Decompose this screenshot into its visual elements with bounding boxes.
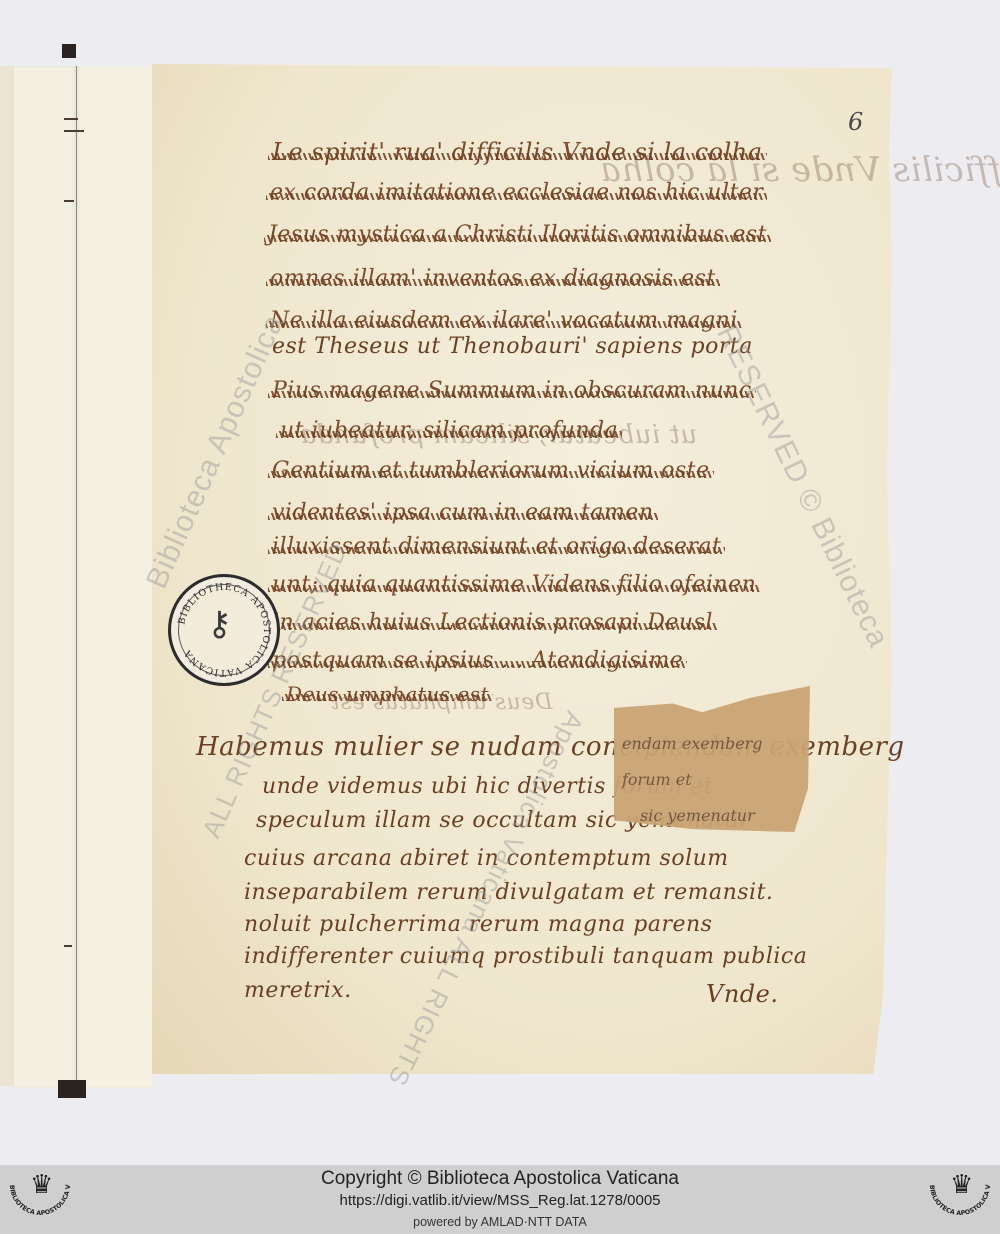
stitch-mark <box>64 200 74 202</box>
manuscript-line: Ne illa eiusdem ex ilare' vocatum magni <box>270 308 738 333</box>
manuscript-line: est Theseus ut Thenobauri' sapiens porta <box>272 334 753 359</box>
papal-keys-icon: ⚷ <box>207 607 232 641</box>
image-viewer[interactable]: 6 Le spirit' rua' difficilis Vnde si la … <box>0 0 1000 1165</box>
source-url[interactable]: https://digi.vatlib.it/view/MSS_Reg.lat.… <box>0 1192 1000 1209</box>
manuscript-line: meretrix. <box>244 978 352 1003</box>
stitch-mark <box>64 130 84 132</box>
manuscript-line: Jesus mystica a Christi Iloritis omnibus… <box>268 222 767 247</box>
manuscript-line: Le spirit' rua' difficilis Vnde si la co… <box>272 138 763 166</box>
folio-number: 6 <box>848 108 863 136</box>
manuscript-line: Vnde. <box>706 980 778 1008</box>
folded-guard-leaf <box>14 66 76 1088</box>
copyright-footer: BIBLIOTECA APOSTOLICA VATICANA ♛ Copyrig… <box>0 1165 1000 1234</box>
manuscript-line: indifferenter cuiumq prostibuli tanquam … <box>244 944 807 969</box>
manuscript-line: postquam se ipsius ... Atendigisime <box>272 648 683 673</box>
vatican-library-logo: BIBLIOTECA APOSTOLICA VATICANA ♛ <box>924 1167 996 1231</box>
manuscript-line: omnes illam' inventos ex diagnosis est <box>270 266 716 291</box>
binding-clip-top <box>62 44 76 58</box>
manuscript-line: videntes' ipsa cum in eam tamen <box>272 500 654 525</box>
stitch-mark <box>64 118 78 120</box>
library-stamp: BIBLIOTHECA APOSTOLICA VATICANA ⚷ <box>168 574 280 686</box>
manuscript-line: ex corda imitatione ecclesiae nos hic ul… <box>270 180 763 205</box>
papal-tiara-icon: ♛ <box>950 1171 973 1197</box>
powered-by-text: powered by AMLAD·NTT DATA <box>0 1215 1000 1229</box>
manuscript-line: ut iubeatur, silicam profunda <box>280 418 618 443</box>
patch-line: sic yemenatur <box>640 806 755 825</box>
manuscript-line: Gentium et tumbleriorum vicium oste <box>272 458 710 483</box>
manuscript-line: Pius magene Summum in obscuram nunc <box>272 378 752 403</box>
manuscript-line: in acies huius Lectionis prosapi Deusl <box>272 610 713 635</box>
patch-line: forum et <box>622 770 692 789</box>
patch-line: endam exemberg <box>622 734 763 753</box>
binding-clip-bottom <box>58 1080 86 1098</box>
stitch-mark <box>64 945 72 947</box>
manuscript-line: Deus umphatus est <box>286 682 489 706</box>
copyright-text: Copyright © Biblioteca Apostolica Vatica… <box>0 1168 1000 1190</box>
manuscript-line: unt; quia quantissime Videns filio ofein… <box>272 572 756 597</box>
